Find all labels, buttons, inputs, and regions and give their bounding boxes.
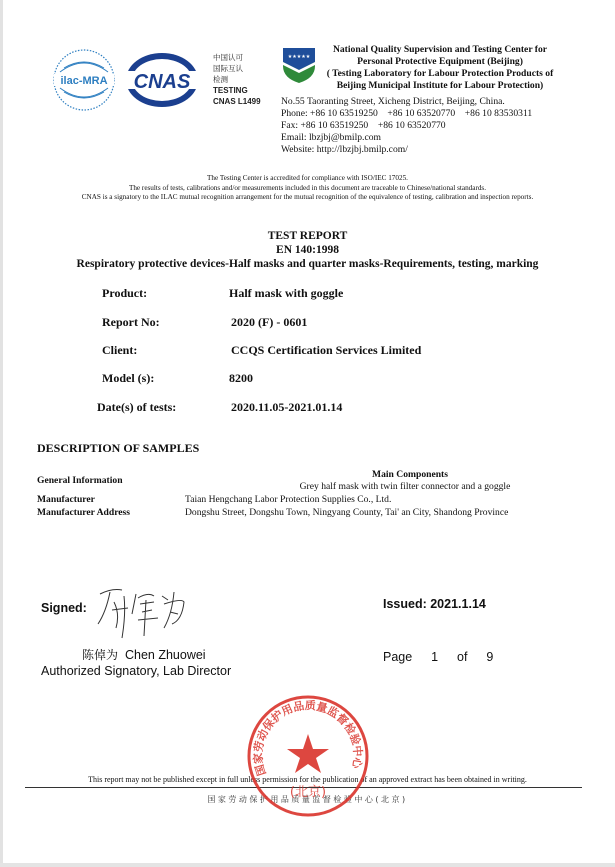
signer-name: 陈倬为 Chen Zhuowei: [82, 646, 206, 663]
cnas-logo-icon: CNAS: [124, 51, 200, 109]
phone: Phone: +86 10 63519250 +86 10 63520770 +…: [281, 108, 532, 120]
address: No.55 Taoranting Street, Xicheng Distric…: [281, 96, 532, 108]
cnas-line: 中国认可: [213, 52, 261, 63]
center-name-line: Beijing Municipal Institute for Labour P…: [320, 80, 560, 92]
manufacturer-address-label: Manufacturer Address: [37, 507, 130, 518]
test-dates-label: Date(s) of tests:: [97, 400, 176, 415]
accreditation-note: CNAS is a signatory to the ILAC mutual r…: [30, 193, 585, 203]
cnas-line: TESTING: [213, 85, 261, 96]
center-name-line: National Quality Supervision and Testing…: [320, 44, 560, 56]
product-value: Half mask with goggle: [229, 286, 343, 301]
cnas-line: 检测: [213, 74, 261, 85]
handwritten-signature-icon: [92, 584, 192, 644]
signer-name-cn: 陈倬为: [82, 648, 118, 662]
client-label: Client:: [102, 343, 137, 358]
official-seal-icon: 国家劳动保护用品质量监督检验中心 (北京): [246, 694, 370, 818]
page-number: Page 1 of 9: [383, 650, 493, 664]
center-name-line: Personal Protective Equipment (Beijing): [320, 56, 560, 68]
svg-text:CNAS: CNAS: [134, 71, 191, 93]
issued-date: Issued: 2021.1.14: [383, 597, 486, 611]
model-value: 8200: [229, 371, 253, 386]
model-label: Model (s):: [102, 371, 154, 386]
cnas-line: CNAS L1499: [213, 96, 261, 107]
accreditation-note: The Testing Center is accredited for com…: [30, 174, 585, 184]
report-title: TEST REPORT: [20, 229, 595, 243]
contact-block: No.55 Taoranting Street, Xicheng Distric…: [281, 96, 532, 156]
center-name-line: ( Testing Laboratory for Labour Protecti…: [320, 68, 560, 80]
main-components-label: Main Components: [285, 469, 535, 480]
cnas-accreditation-block: 中国认可 国际互认 检测 TESTING CNAS L1499: [213, 52, 261, 107]
main-components-value: Grey half mask with twin filter connecto…: [245, 481, 565, 492]
accreditation-note: The results of tests, calibrations and/o…: [30, 184, 585, 194]
ilac-mra-logo-icon: ilac-MRA: [52, 48, 116, 112]
svg-text:(北京): (北京): [290, 784, 326, 800]
signed-label: Signed:: [41, 601, 87, 615]
testing-center-name: National Quality Supervision and Testing…: [320, 44, 560, 92]
svg-text:★★★★★: ★★★★★: [288, 54, 311, 60]
manufacturer-address-value: Dongshu Street, Dongshu Town, Ningyang C…: [185, 507, 508, 518]
samples-section-title: DESCRIPTION OF SAMPLES: [37, 441, 199, 456]
cnas-line: 国际互认: [213, 63, 261, 74]
website-link[interactable]: Website: http://lbzjbj.bmilp.com/: [281, 144, 532, 156]
svg-text:ilac-MRA: ilac-MRA: [60, 75, 107, 87]
signer-name-en: Chen Zhuowei: [125, 648, 206, 662]
product-label: Product:: [102, 286, 147, 301]
manufacturer-value: Taian Hengchang Labor Protection Supplie…: [185, 494, 391, 505]
manufacturer-label: Manufacturer: [37, 494, 95, 505]
fax: Fax: +86 10 63519250 +86 10 63520770: [281, 120, 532, 132]
client-value: CCQS Certification Services Limited: [231, 343, 421, 358]
email-link[interactable]: Email: lbzjbj@bmilp.com: [281, 132, 532, 144]
report-no-label: Report No:: [102, 315, 160, 330]
accreditation-notes: The Testing Center is accredited for com…: [30, 174, 585, 203]
report-heading: TEST REPORT EN 140:1998 Respiratory prot…: [20, 229, 595, 271]
report-no-value: 2020 (F) - 0601: [231, 315, 307, 330]
signer-title: Authorized Signatory, Lab Director: [41, 664, 231, 678]
report-standard: EN 140:1998: [20, 243, 595, 257]
report-subtitle: Respiratory protective devices-Half mask…: [20, 257, 595, 271]
testing-center-shield-icon: ★★★★★: [282, 46, 316, 84]
page-frame-bottom: [0, 863, 615, 867]
general-info-label: General Information: [37, 475, 123, 486]
test-dates-value: 2020.11.05-2021.01.14: [231, 400, 342, 415]
page-frame-left: [0, 0, 3, 867]
